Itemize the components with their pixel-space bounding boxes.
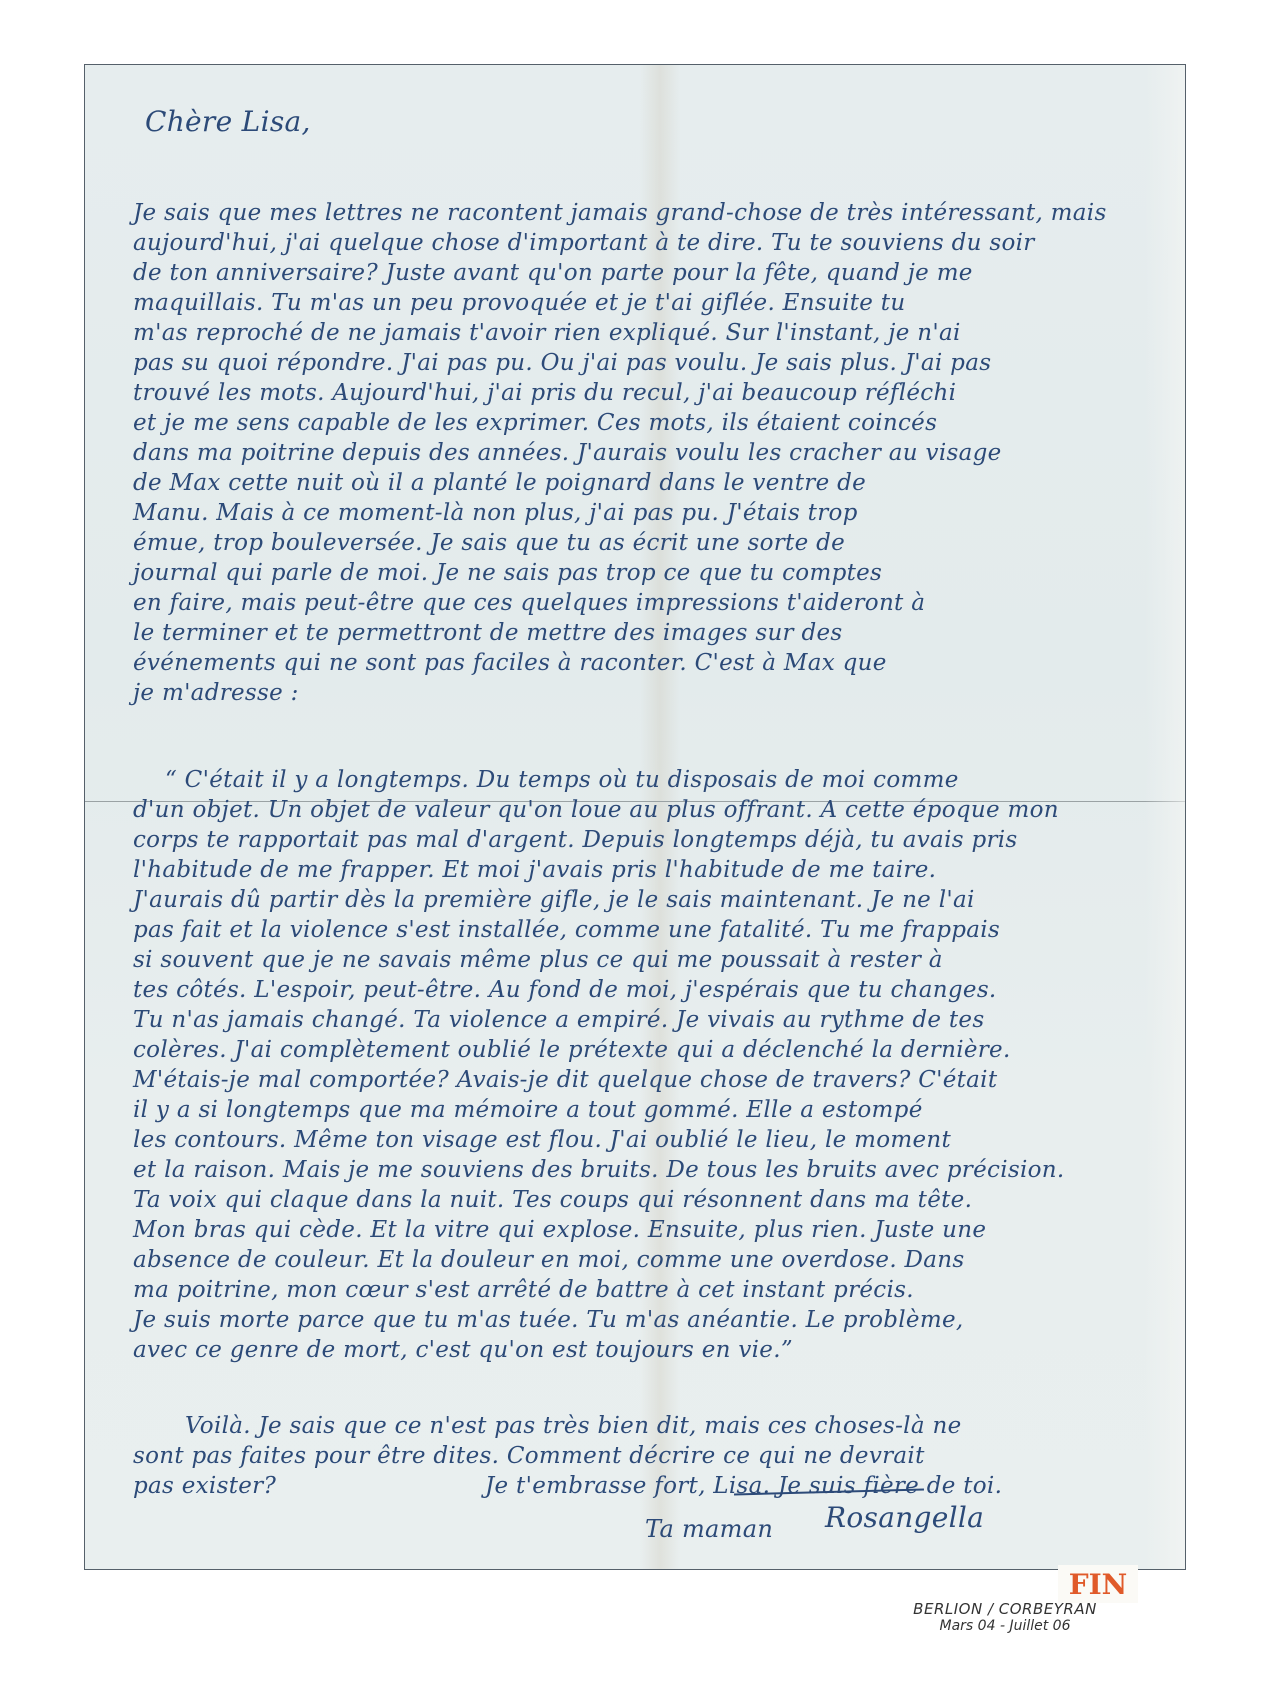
quote-line: il y a si longtemps que ma mémoire a tou…	[133, 1097, 923, 1123]
quote-line: J'aurais dû partir dès la première gifle…	[133, 887, 975, 913]
greeting: Chère Lisa,	[145, 105, 311, 138]
letter-line: Manu. Mais à ce moment-là non plus, j'ai…	[133, 500, 858, 526]
quote-line: l'habitude de me frapper. Et moi j'avais…	[133, 857, 936, 883]
quote-line: corps te rapportait pas mal d'argent. De…	[133, 827, 1018, 853]
signoff: Ta maman	[645, 1515, 773, 1543]
letter-line: émue, trop bouleversée. Je sais que tu a…	[133, 530, 845, 556]
letter-line: et je me sens capable de les exprimer. C…	[133, 410, 937, 436]
closing-line: Voilà. Je sais que ce n'est pas très bie…	[185, 1413, 962, 1439]
letter-line: de Max cette nuit où il a planté le poig…	[133, 470, 866, 496]
quote-line: d'un objet. Un objet de valeur qu'on lou…	[133, 797, 1059, 823]
letter-line: maquillais. Tu m'as un peu provoquée et …	[133, 290, 905, 316]
quote-line: les contours. Même ton visage est flou. …	[133, 1127, 951, 1153]
letter-line: Je sais que mes lettres ne racontent jam…	[133, 200, 1107, 226]
closing-line: pas exister?	[133, 1473, 276, 1499]
quote-line: Ta voix qui claque dans la nuit. Tes cou…	[133, 1187, 972, 1213]
closing-line: sont pas faites pour être dites. Comment…	[133, 1443, 925, 1469]
quote-line: Tu n'as jamais changé. Ta violence a emp…	[133, 1007, 984, 1033]
quote-line: absence de couleur. Et la douleur en moi…	[133, 1247, 965, 1273]
quote-line: et la raison. Mais je me souviens des br…	[133, 1157, 1064, 1183]
letter-line: aujourd'hui, j'ai quelque chose d'import…	[133, 230, 1035, 256]
fin-box: FIN	[1058, 1565, 1138, 1603]
letter-line: trouvé les mots. Aujourd'hui, j'ai pris …	[133, 380, 956, 406]
quote-line: M'étais-je mal comportée? Avais-je dit q…	[133, 1067, 997, 1093]
quote-line: Je suis morte parce que tu m'as tuée. Tu…	[133, 1307, 963, 1333]
letter-line: journal qui parle de moi. Je ne sais pas…	[133, 560, 882, 586]
quote-line: pas fait et la violence s'est installée,…	[133, 917, 1000, 943]
quote-line: avec ce genre de mort, c'est qu'on est t…	[133, 1337, 793, 1363]
quote-line: “ C'était il y a longtemps. Du temps où …	[165, 767, 959, 793]
fin-label: FIN	[1069, 1568, 1128, 1601]
letter-line: en faire, mais peut-être que ces quelque…	[133, 590, 925, 616]
signature: Rosangella	[825, 1501, 984, 1534]
quote-line: Mon bras qui cède. Et la vitre qui explo…	[133, 1217, 986, 1243]
letter-line: le terminer et te permettront de mettre …	[133, 620, 843, 646]
quote-line: tes côtés. L'espoir, peut-être. Au fond …	[133, 977, 997, 1003]
letter-line: événements qui ne sont pas faciles à rac…	[133, 650, 887, 676]
letter-line: dans ma poitrine depuis des années. J'au…	[133, 440, 1002, 466]
paper-edge	[1145, 65, 1185, 1569]
quote-line: si souvent que je ne savais même plus ce…	[133, 947, 943, 973]
credits-dates: Mars 04 - Juillet 06	[905, 1618, 1105, 1634]
credits-authors: BERLION / CORBEYRAN	[905, 1600, 1105, 1618]
letter-line: de ton anniversaire? Juste avant qu'on p…	[133, 260, 973, 286]
quote-line: colères. J'ai complètement oublié le pré…	[133, 1037, 1011, 1063]
letter-line: pas su quoi répondre. J'ai pas pu. Ou j'…	[133, 350, 991, 376]
credits: BERLION / CORBEYRAN Mars 04 - Juillet 06	[905, 1600, 1105, 1634]
letter-line: m'as reproché de ne jamais t'avoir rien …	[133, 320, 961, 346]
letter-line: je m'adresse :	[133, 680, 299, 706]
letter-paper: Chère Lisa, Je sais que mes lettres ne r…	[84, 64, 1186, 1570]
quote-line: ma poitrine, mon cœur s'est arrêté de ba…	[133, 1277, 914, 1303]
